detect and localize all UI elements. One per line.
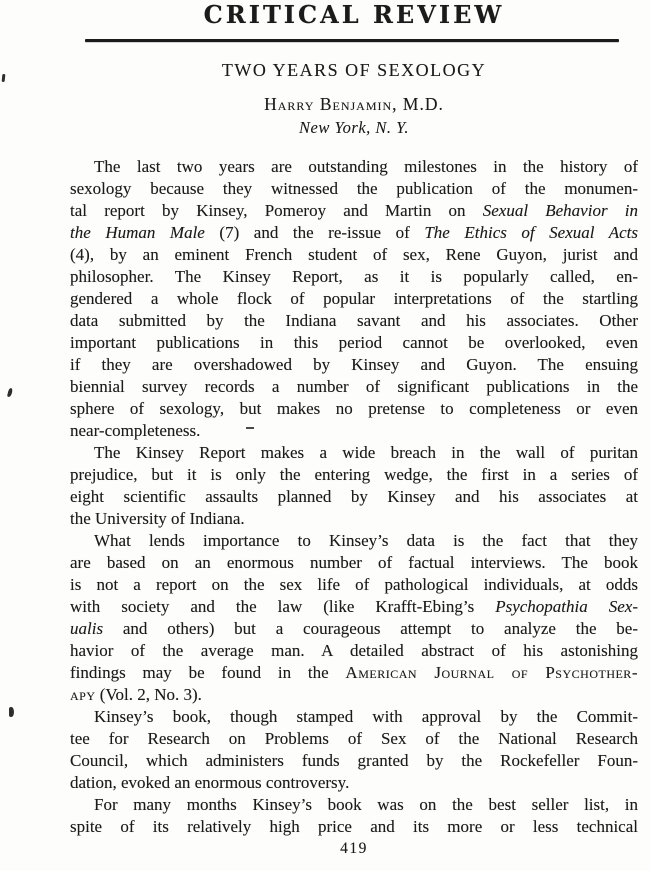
- italic-text: The Ethics of Sexual Acts: [424, 223, 638, 242]
- text-line: tee for Research on Problems of Sex of t…: [70, 728, 638, 750]
- body-text: important publications in this period ca…: [70, 333, 638, 352]
- text-line: the Human Male (7) and the re-issue of T…: [70, 222, 638, 244]
- text-line: For many months Kinsey’s book was on the…: [70, 794, 638, 816]
- text-line: (4), by an eminent French student of sex…: [70, 244, 638, 266]
- body-text: and others) but a courageous attempt to …: [103, 619, 638, 638]
- divider-rule: [85, 39, 619, 42]
- author-name: Harry Benjamin, M.D.: [70, 94, 638, 115]
- body-text: Kinsey’s book, though stamped with appro…: [94, 707, 638, 726]
- body-text: tal report by Kinsey, Pomeroy and Martin…: [70, 201, 483, 220]
- body-text: Council, which administers funds granted…: [70, 751, 638, 770]
- text-line: prejudice, but it is only the entering w…: [70, 464, 638, 486]
- text-line: Council, which administers funds granted…: [70, 750, 638, 772]
- text-line: philosopher. The Kinsey Report, as it is…: [70, 266, 638, 288]
- page-header: CRITICAL REVIEW TWO YEARS OF SEXOLOGY Ha…: [70, 0, 638, 150]
- text-line: eight scientific assaults planned by Kin…: [70, 486, 638, 508]
- text-line: biennial survey records a number of sign…: [70, 376, 638, 398]
- text-line: ualis and others) but a courageous attem…: [70, 618, 638, 640]
- body-text: if they are overshadowed by Kinsey and G…: [70, 355, 638, 374]
- text-line: havior of the average man. A detailed ab…: [70, 640, 638, 662]
- text-line: are based on an enormous number of factu…: [70, 552, 638, 574]
- scan-artifact: [7, 388, 13, 398]
- italic-text: Psychopathia Sex-: [495, 597, 638, 616]
- body-text: What lends importance to Kinsey’s data i…: [94, 531, 638, 550]
- text-line: What lends importance to Kinsey’s data i…: [70, 530, 638, 552]
- italic-text: the Human Male: [70, 223, 205, 242]
- body-text: spite of its relatively high price and i…: [70, 817, 638, 836]
- body-text: philosopher. The Kinsey Report, as it is…: [70, 267, 638, 286]
- body-text: near-completeness.: [70, 421, 200, 440]
- text-line: with society and the law (like Krafft-Eb…: [70, 596, 638, 618]
- text-line: gendered a whole flock of popular interp…: [70, 288, 638, 310]
- article-title: TWO YEARS OF SEXOLOGY: [70, 60, 638, 81]
- body-text: For many months Kinsey’s book was on the…: [94, 795, 638, 814]
- text-line: if they are overshadowed by Kinsey and G…: [70, 354, 638, 376]
- italic-text: Sexual Behavior in: [483, 201, 638, 220]
- body-text: sexology because they witnessed the publ…: [70, 179, 638, 198]
- text-line: tal report by Kinsey, Pomeroy and Martin…: [70, 200, 638, 222]
- body-text: findings may be found in the: [70, 663, 345, 682]
- text-line: findings may be found in the American Jo…: [70, 662, 638, 684]
- smallcaps-text: apy: [70, 685, 96, 704]
- text-line: Kinsey’s book, though stamped with appro…: [70, 706, 638, 728]
- text-line: sexology because they witnessed the publ…: [70, 178, 638, 200]
- text-line: The last two years are outstanding miles…: [70, 156, 638, 178]
- text-line: is not a report on the sex life of patho…: [70, 574, 638, 596]
- body-text: are based on an enormous number of factu…: [70, 553, 638, 572]
- body-text: with society and the law (like Krafft-Eb…: [70, 597, 495, 616]
- body-text: The Kinsey Report makes a wide breach in…: [94, 443, 638, 462]
- scan-artifact: [2, 74, 6, 82]
- text-line: apy (Vol. 2, No. 3).: [70, 684, 638, 706]
- page-number: 419: [70, 840, 638, 858]
- text-line: important publications in this period ca…: [70, 332, 638, 354]
- body-text: tee for Research on Problems of Sex of t…: [70, 729, 638, 748]
- smallcaps-text: American Journal of Psychother-: [345, 663, 638, 682]
- body-text: is not a report on the sex life of patho…: [70, 575, 638, 594]
- text-line: the University of Indiana.: [70, 508, 638, 530]
- body-text: gendered a whole flock of popular interp…: [70, 289, 638, 308]
- body-text: biennial survey records a number of sign…: [70, 377, 638, 396]
- body-text: data submitted by the Indiana savant and…: [70, 311, 638, 330]
- body-text: the University of Indiana.: [70, 509, 245, 528]
- body-text: (7) and the re-issue of: [205, 223, 424, 242]
- text-line: sphere of sexology, but makes no pretens…: [70, 398, 638, 420]
- text-line: The Kinsey Report makes a wide breach in…: [70, 442, 638, 464]
- scan-artifact: [9, 707, 14, 717]
- italic-text: ualis: [70, 619, 103, 638]
- body-text: The last two years are outstanding miles…: [94, 157, 638, 176]
- text-line: dation, evoked an enormous controversy.: [70, 772, 638, 794]
- body-text: (4), by an eminent French student of sex…: [70, 245, 638, 264]
- author-location: New York, N. Y.: [70, 118, 638, 138]
- body-text: prejudice, but it is only the entering w…: [70, 465, 638, 484]
- body-text: dation, evoked an enormous controversy.: [70, 773, 349, 792]
- body-text: eight scientific assaults planned by Kin…: [70, 487, 638, 506]
- scanned-page: CRITICAL REVIEW TWO YEARS OF SEXOLOGY Ha…: [0, 0, 650, 871]
- body-text: sphere of sexology, but makes no pretens…: [70, 399, 638, 418]
- article-body: The last two years are outstanding miles…: [70, 156, 638, 838]
- body-text: (Vol. 2, No. 3).: [96, 685, 202, 704]
- page-title: CRITICAL REVIEW: [70, 0, 638, 29]
- text-line: data submitted by the Indiana savant and…: [70, 310, 638, 332]
- body-text: havior of the average man. A detailed ab…: [70, 641, 638, 660]
- text-line: spite of its relatively high price and i…: [70, 816, 638, 838]
- text-line: near-completeness.: [70, 420, 638, 442]
